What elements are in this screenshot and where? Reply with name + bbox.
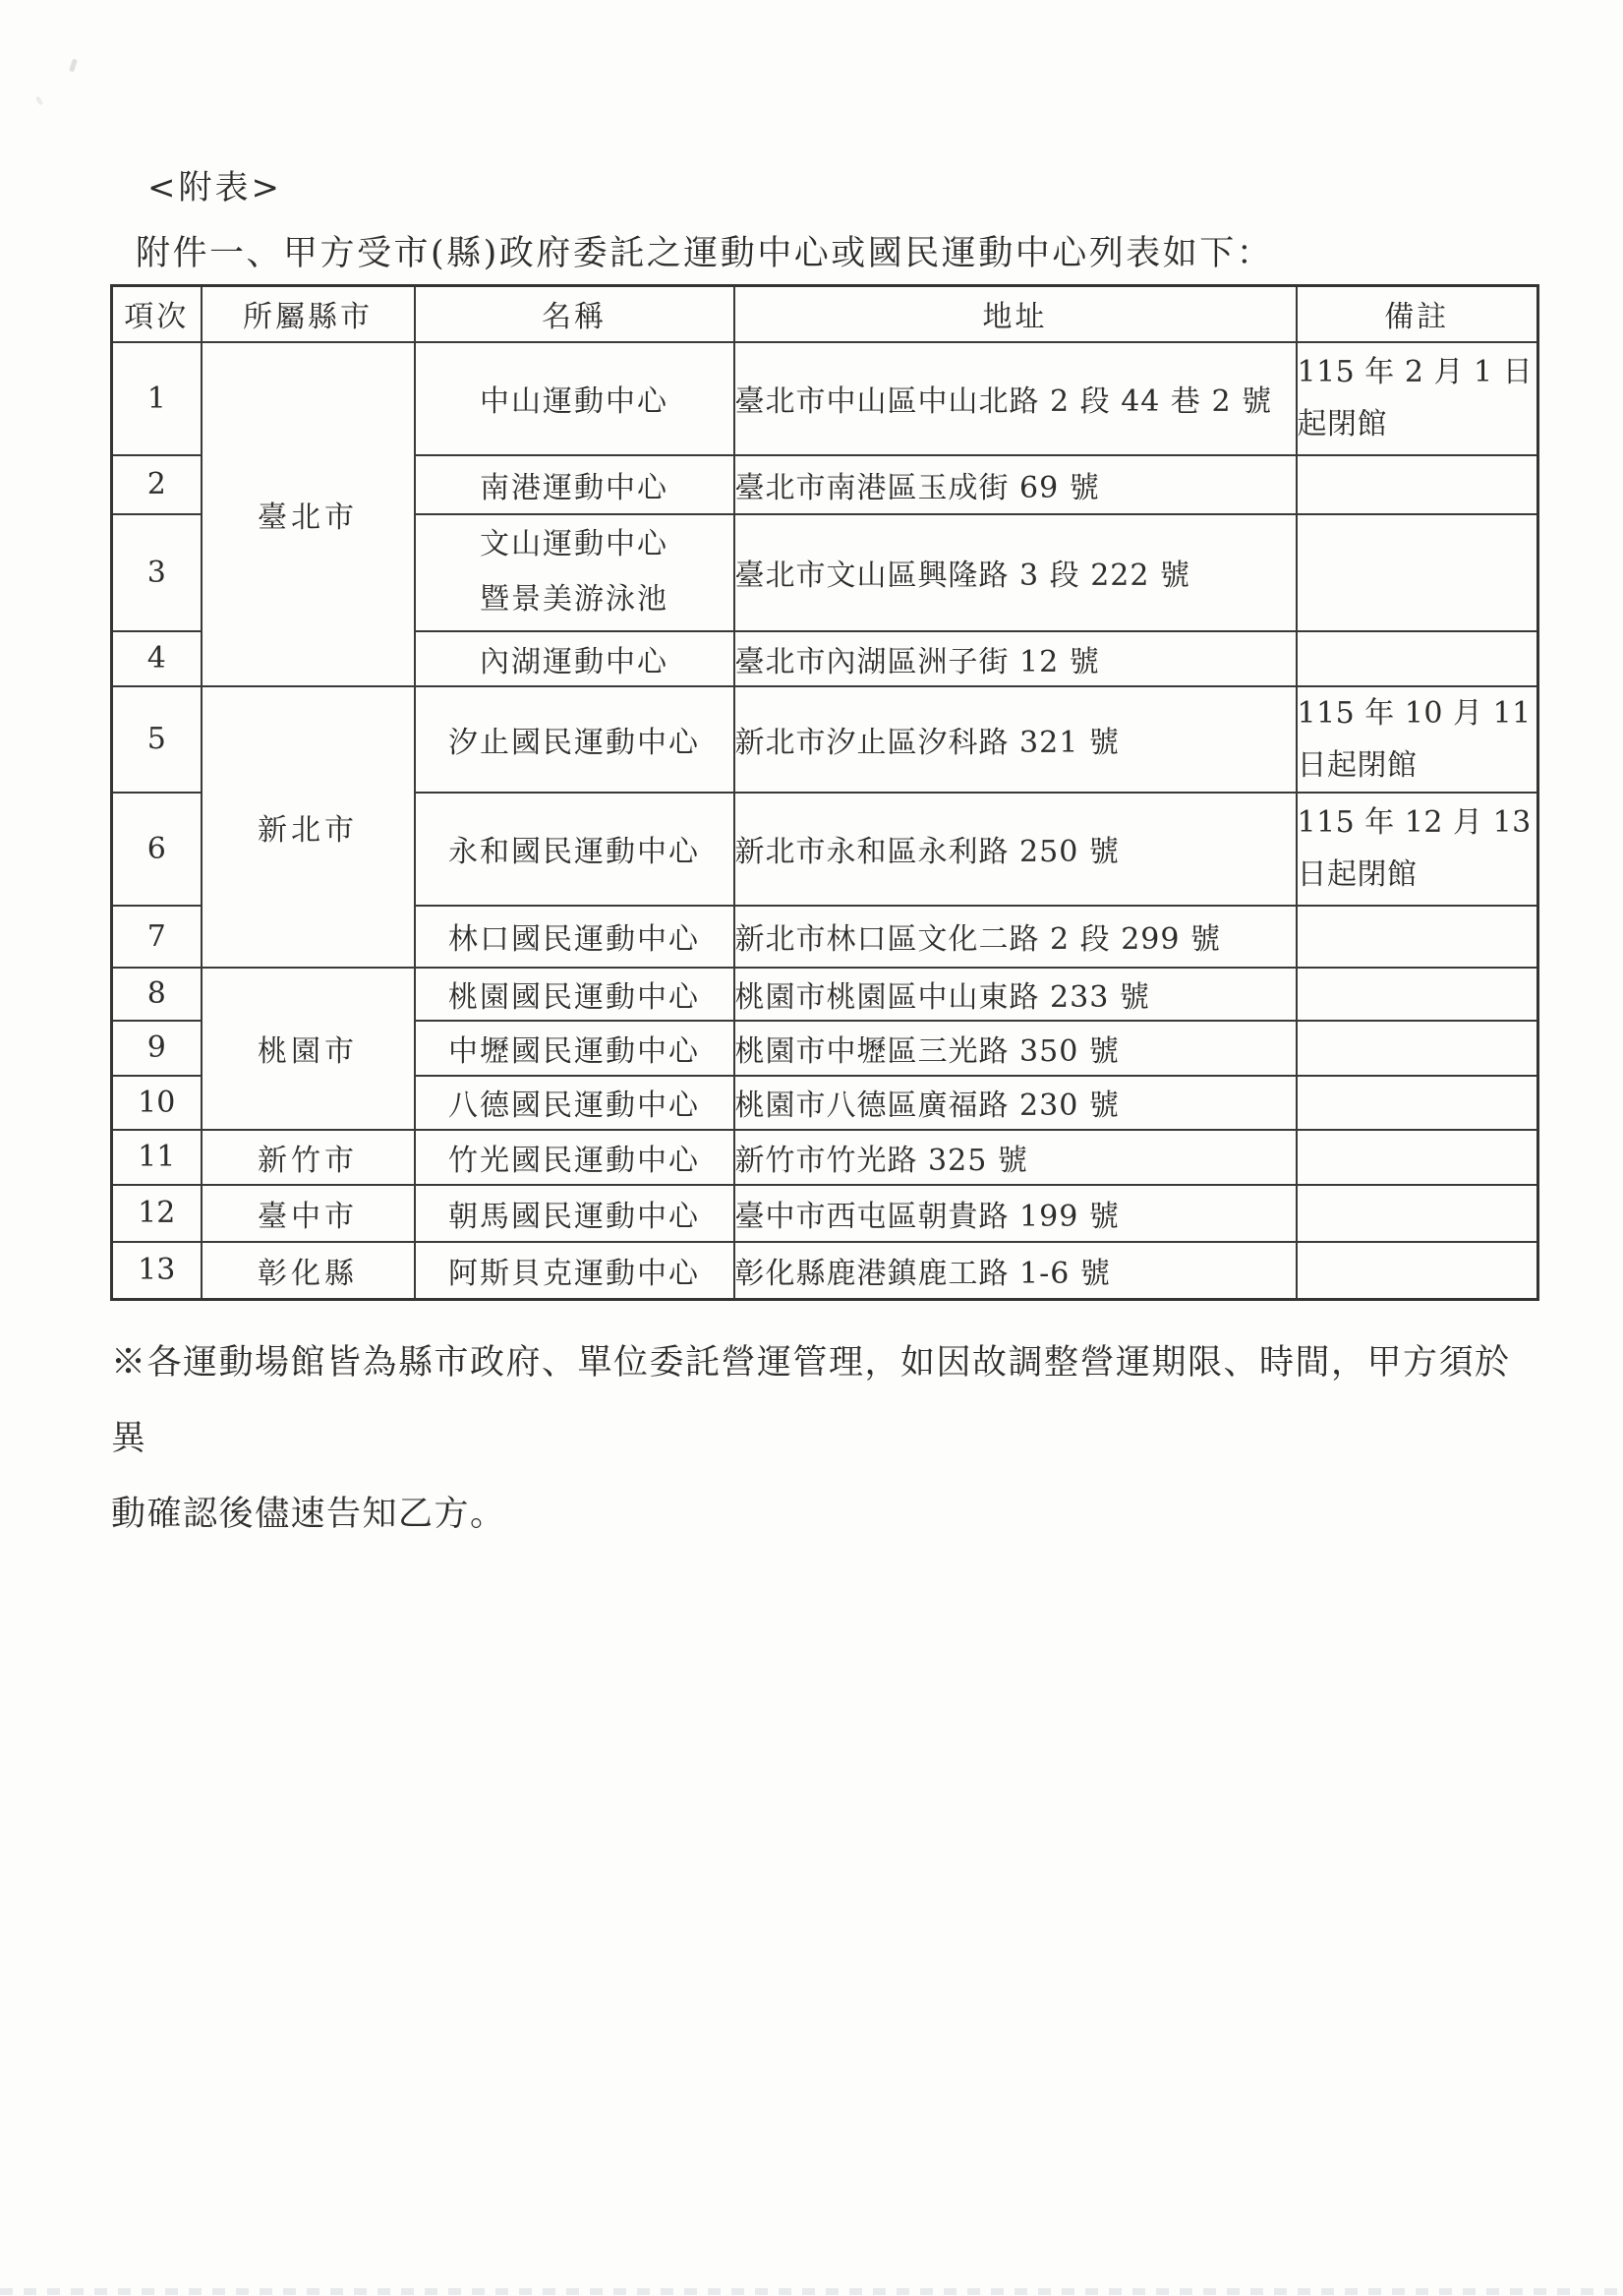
- row-no: 2: [112, 455, 202, 514]
- center-name: 中壢國民運動中心: [415, 1021, 734, 1076]
- remark-cell: [1297, 968, 1538, 1021]
- center-address: 新北市永和區永利路 250 號: [734, 793, 1297, 906]
- header-remark: 備註: [1297, 286, 1538, 342]
- center-address: 桃園市中壢區三光路 350 號: [734, 1021, 1297, 1076]
- sports-centers-table: 項次 所屬縣市 名稱 地址 備註 1 臺北市 中山運動中心 臺北市中山區中山北路…: [110, 284, 1539, 1301]
- row-no: 1: [112, 342, 202, 455]
- center-address: 臺北市文山區興隆路 3 段 222 號: [734, 514, 1297, 631]
- remark-cell: [1297, 455, 1538, 514]
- center-address: 臺北市南港區玉成街 69 號: [734, 455, 1297, 514]
- footnote-line: ※各運動場館皆為縣市政府、單位委託營運管理，如因故調整營運期限、時間，甲方須於異: [111, 1325, 1536, 1477]
- remark-cell: 115 年 10 月 11 日起閉館: [1297, 686, 1538, 793]
- remark-cell: [1297, 514, 1538, 631]
- table-row: 5 新北市 汐止國民運動中心 新北市汐止區汐科路 321 號 115 年 10 …: [112, 686, 1538, 793]
- footnote: ※各運動場館皆為縣市政府、單位委託營運管理，如因故調整營運期限、時間，甲方須於異…: [111, 1325, 1536, 1553]
- header-address: 地址: [734, 286, 1297, 342]
- center-address: 桃園市桃園區中山東路 233 號: [734, 968, 1297, 1021]
- row-no: 11: [112, 1130, 202, 1185]
- header-no: 項次: [112, 286, 202, 342]
- remark-cell: [1297, 1130, 1538, 1185]
- remark-cell: [1297, 1242, 1538, 1300]
- remark-cell: [1297, 1021, 1538, 1076]
- remark-cell: [1297, 1185, 1538, 1242]
- center-name: 朝馬國民運動中心: [415, 1185, 734, 1242]
- center-address: 新北市汐止區汐科路 321 號: [734, 686, 1297, 793]
- header-name: 名稱: [415, 286, 734, 342]
- remark-cell: 115 年 2 月 1 日 起閉館: [1297, 342, 1538, 455]
- table-row: 11 新竹市 竹光國民運動中心 新竹市竹光路 325 號: [112, 1130, 1538, 1185]
- center-name: 竹光國民運動中心: [415, 1130, 734, 1185]
- remark-cell: 115 年 12 月 13 日起閉館: [1297, 793, 1538, 906]
- table-header-row: 項次 所屬縣市 名稱 地址 備註: [112, 286, 1538, 342]
- remark-line: 115 年 2 月 1 日: [1298, 346, 1537, 398]
- center-name: 汐止國民運動中心: [415, 686, 734, 793]
- row-no: 7: [112, 906, 202, 968]
- footnote-line: 動確認後儘速告知乙方。: [111, 1477, 1536, 1553]
- row-no: 3: [112, 514, 202, 631]
- row-no: 4: [112, 631, 202, 686]
- scan-speck: [69, 59, 78, 73]
- center-address: 臺北市中山區中山北路 2 段 44 巷 2 號: [734, 342, 1297, 455]
- center-address: 新北市林口區文化二路 2 段 299 號: [734, 906, 1297, 968]
- region-cell-changhua: 彰化縣: [202, 1242, 415, 1300]
- center-name-line: 文山運動中心: [416, 517, 733, 572]
- center-address: 新竹市竹光路 325 號: [734, 1130, 1297, 1185]
- row-no: 9: [112, 1021, 202, 1076]
- remark-line: 日起閉館: [1298, 849, 1537, 901]
- region-cell-taoyuan: 桃園市: [202, 968, 415, 1130]
- table-row: 1 臺北市 中山運動中心 臺北市中山區中山北路 2 段 44 巷 2 號 115…: [112, 342, 1538, 455]
- center-name: 桃園國民運動中心: [415, 968, 734, 1021]
- remark-line: 日起閉館: [1298, 739, 1537, 792]
- center-name-line: 暨景美游泳池: [416, 572, 733, 627]
- remark-cell: [1297, 631, 1538, 686]
- remark-line: 起閉館: [1298, 398, 1537, 450]
- center-address: 彰化縣鹿港鎮鹿工路 1-6 號: [734, 1242, 1297, 1300]
- annex-label: <附表>: [147, 160, 282, 208]
- table-row: 12 臺中市 朝馬國民運動中心 臺中市西屯區朝貴路 199 號: [112, 1185, 1538, 1242]
- table-row: 8 桃園市 桃園國民運動中心 桃園市桃園區中山東路 233 號: [112, 968, 1538, 1021]
- region-cell-newtaipei: 新北市: [202, 686, 415, 968]
- scan-edge-artifact: [0, 2288, 1623, 2295]
- center-name: 八德國民運動中心: [415, 1076, 734, 1130]
- row-no: 6: [112, 793, 202, 906]
- center-name: 文山運動中心 暨景美游泳池: [415, 514, 734, 631]
- center-name: 內湖運動中心: [415, 631, 734, 686]
- remark-cell: [1297, 906, 1538, 968]
- row-no: 13: [112, 1242, 202, 1300]
- row-no: 5: [112, 686, 202, 793]
- header-region: 所屬縣市: [202, 286, 415, 342]
- center-name: 南港運動中心: [415, 455, 734, 514]
- document-page: <附表> 附件一、甲方受市(縣)政府委託之運動中心或國民運動中心列表如下： 項次…: [0, 0, 1623, 2296]
- remark-cell: [1297, 1076, 1538, 1130]
- remark-line: 115 年 12 月 13: [1298, 796, 1537, 849]
- scan-speck: [35, 96, 43, 106]
- row-no: 10: [112, 1076, 202, 1130]
- center-name: 永和國民運動中心: [415, 793, 734, 906]
- row-no: 12: [112, 1185, 202, 1242]
- region-cell-taipei: 臺北市: [202, 342, 415, 686]
- center-name: 阿斯貝克運動中心: [415, 1242, 734, 1300]
- center-address: 臺中市西屯區朝貴路 199 號: [734, 1185, 1297, 1242]
- remark-line: 115 年 10 月 11: [1298, 687, 1537, 739]
- center-name: 林口國民運動中心: [415, 906, 734, 968]
- center-name: 中山運動中心: [415, 342, 734, 455]
- attachment-title: 附件一、甲方受市(縣)政府委託之運動中心或國民運動中心列表如下：: [136, 226, 1273, 275]
- table-row: 13 彰化縣 阿斯貝克運動中心 彰化縣鹿港鎮鹿工路 1-6 號: [112, 1242, 1538, 1300]
- center-address: 桃園市八德區廣福路 230 號: [734, 1076, 1297, 1130]
- region-cell-taichung: 臺中市: [202, 1185, 415, 1242]
- row-no: 8: [112, 968, 202, 1021]
- region-cell-hsinchu: 新竹市: [202, 1130, 415, 1185]
- center-address: 臺北市內湖區洲子街 12 號: [734, 631, 1297, 686]
